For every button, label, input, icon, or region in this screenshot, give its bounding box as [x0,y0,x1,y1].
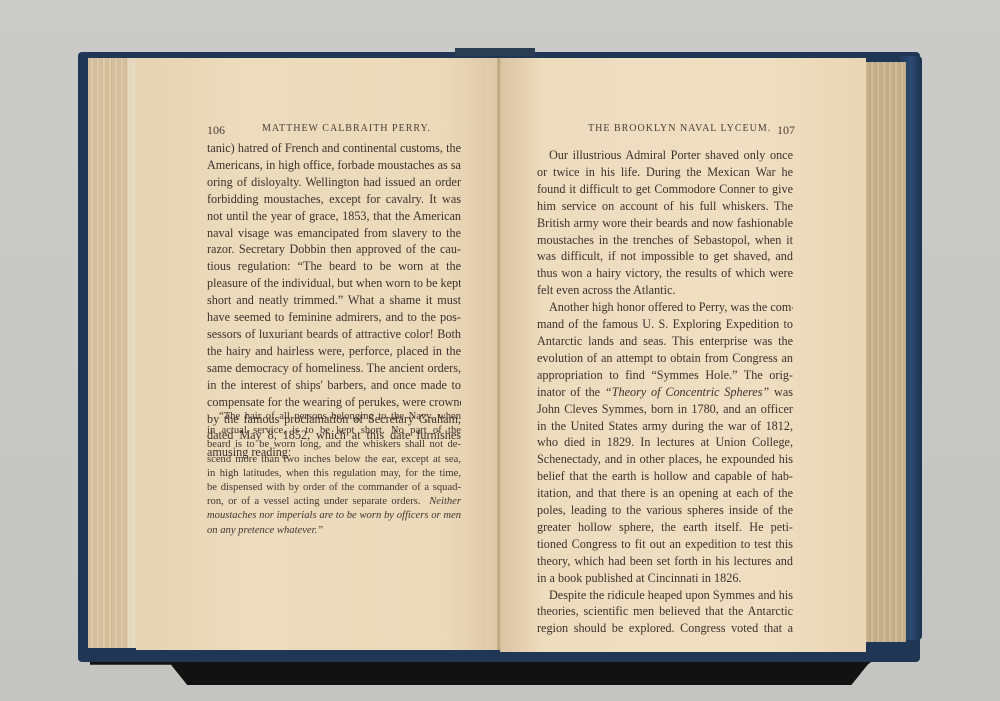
text-line: mand of the famous U. S. Exploring Exped… [537,316,793,333]
book-title-italic: “Theory of Concentric Spheres” [605,385,769,399]
text-line: who died in 1829. In lectures at Union C… [537,434,793,451]
quote-italic-text: Neither [429,496,461,507]
text-line: tioned Congress to fit out an expedition… [537,536,793,553]
quote-line: beard is to be worn long, and the whiske… [207,438,461,452]
text-line: theory, which had been set forth in his … [537,553,793,570]
text-line: poles, leading to the various spheres in… [537,502,793,519]
text-line: Despite the ridicule heaped upon Symmes … [537,587,793,604]
text-line: Americans, in high office, forbade moust… [207,157,461,174]
text-line: found it difficult to get Commodore Conn… [537,181,793,198]
text-line: inator of the “Theory of Concentric Sphe… [537,384,793,401]
text-line: sessors of luxuriant beards of attractiv… [207,326,461,343]
text-line: appropriation to find “Symmes Hole.” The… [537,367,793,384]
text-line: tious regulation: “The beard to be worn … [207,258,461,275]
text-line: him service on account of his full whisk… [537,198,793,215]
text-line: John Cleves Symmes, born in 1780, and an… [537,401,793,418]
text-line: in the United States army during the war… [537,418,793,435]
text-line: short and neatly trimmed.” What a shame … [207,292,461,309]
text-line: thus won a hairy victory, the results of… [537,265,793,282]
quote-line: be dispensed with by order of the comman… [207,481,461,495]
text-line: Our illustrious Admiral Porter shaved on… [537,147,793,164]
text-line: tanic) hatred of French and continental … [207,140,461,157]
text-line: belief that the earth is hollow and capa… [537,468,793,485]
text-segment: inator of the [537,385,600,399]
navy-regulation-quote: “The hair of all persons belonging to th… [207,410,461,538]
left-page-number: 106 [207,123,225,138]
book-spine-top [455,48,535,56]
text-line: greater hollow sphere, the earth itself.… [537,519,793,536]
text-line: same democracy of homeliness. The ancien… [207,360,461,377]
text-line: compensate for the wearing of perukes, w… [207,394,461,411]
quote-text: ron, or of a vessel acting under separat… [207,496,421,507]
text-line: theories, scientific men believed that t… [537,603,793,620]
quote-line: in high latitudes, when this regulation … [207,467,461,481]
text-line: oring of disloyalty. Wellington had issu… [207,174,461,191]
quote-italic-line: on any pretence whatever.” [207,524,461,538]
left-running-head: MATTHEW CALBRAITH PERRY. [262,123,431,134]
text-line: Antarctic lands and seas. This enterpris… [537,333,793,350]
quote-line: ron, or of a vessel acting under separat… [207,495,461,509]
text-line: itation, and that there is an opening at… [537,485,793,502]
page-edges-right [862,62,906,642]
text-line: have seemed to feminine admirers, and to… [207,309,461,326]
right-running-head: THE BROOKLYN NAVAL LYCEUM. [588,123,771,134]
text-segment: was [774,385,793,399]
text-line: razor. Secretary Dobbin then approved of… [207,241,461,258]
text-line: Schenectady, and in other places, he exp… [537,451,793,468]
text-line: or twice in his life. During the Mexican… [537,164,793,181]
quote-line: scend more than two inches below the ear… [207,453,461,467]
text-line: forbidding moustaches, except for cavalr… [207,191,461,208]
quote-line: “The hair of all persons belonging to th… [207,410,461,424]
right-page-body: Our illustrious Admiral Porter shaved on… [537,147,793,637]
text-line: not until the year of grace, 1853, that … [207,208,461,225]
right-page-number: 107 [777,123,795,138]
text-line: region should be explored. Congress vote… [537,620,793,637]
text-line: was difficult, if not impossible to get … [537,248,793,265]
book-gutter [497,58,501,650]
text-line: naval visage was emancipated from slaver… [207,225,461,242]
text-line: moustaches in the trenches of Sebastopol… [537,232,793,249]
text-line: British army wore their beards and now f… [537,215,793,232]
text-line: in the interest of ships' barbers, and o… [207,377,461,394]
text-line: Another high honor offered to Perry, was… [537,299,793,316]
text-line: the hairy and hairless were, perforce, p… [207,343,461,360]
text-line: pleasure of the individual, but when wor… [207,275,461,292]
quote-line: in actual service, is to be kept short. … [207,424,461,438]
text-line: felt even across the Atlantic. [537,282,793,299]
text-line: evolution of an attempt to obtain from C… [537,350,793,367]
text-line: in a book published at Cincinnati in 182… [537,570,793,587]
quote-italic-line: moustaches nor imperials are to be worn … [207,509,461,523]
